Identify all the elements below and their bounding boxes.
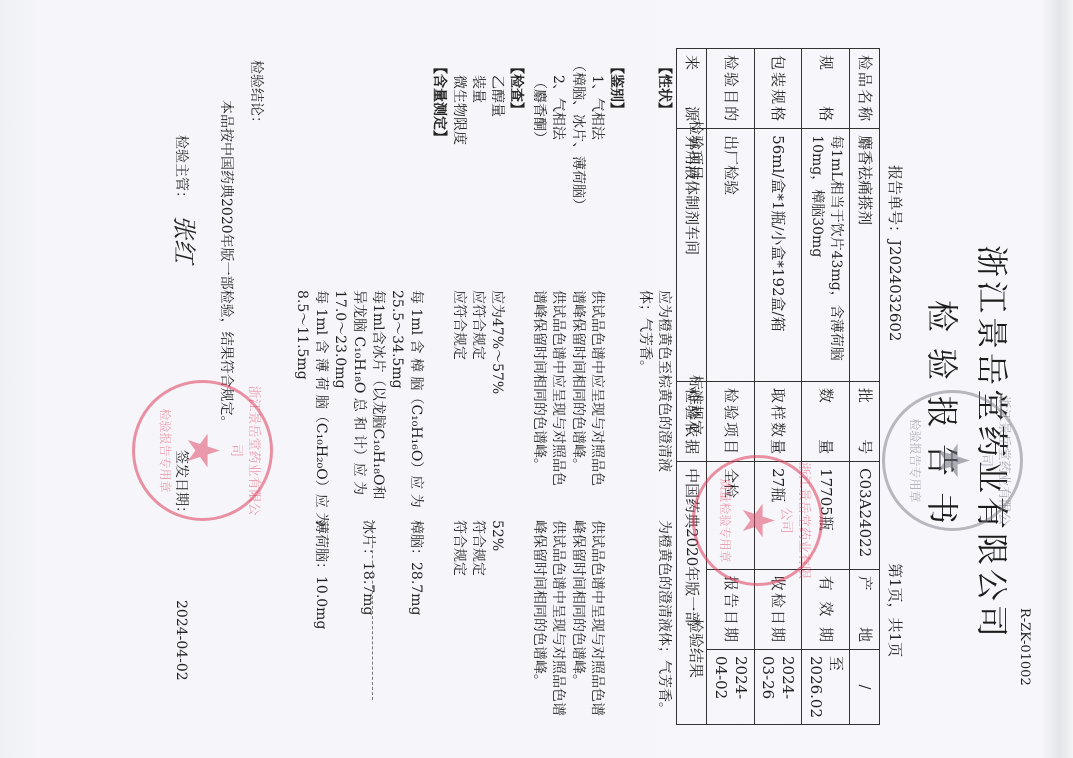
section-check-heading: 【检查】 — [506, 60, 525, 116]
check-ethanol-name: 乙醇量 — [487, 75, 506, 117]
cell-label: 规格 — [802, 49, 850, 129]
page-info: 第1页，共1页 — [885, 563, 905, 657]
traits-standard-line1: 应为橙黄色至棕黄色的澄清液 — [654, 290, 673, 472]
cell-specification: 每1mL相当于饮片43mg，含薄荷脑10mg，樟脑30mg — [802, 129, 850, 382]
cell-receive-date: 2024-03-26 — [755, 649, 803, 724]
check-fill-result: 符合规定 — [468, 520, 487, 576]
table-row: 规格 每1mL相当于饮片43mg，含薄荷脑10mg，樟脑30mg 数量 1770… — [802, 49, 850, 725]
dashed-divider — [372, 520, 373, 700]
assay-standard-3: 每1ml含冰片（以龙脑C₁₀H₁₈O和 — [368, 290, 387, 500]
cell-batch-no: C03A24022 — [850, 462, 880, 570]
cell-label: 检品名称 — [850, 49, 880, 129]
report-number-label: 报告单号： — [886, 165, 904, 240]
assay-result-borneol: 冰片：18.7mg — [358, 520, 377, 615]
cell-report-date: 2024-04-02 — [707, 649, 755, 724]
traits-standard-line2: 体；气芳香。 — [635, 290, 654, 374]
product-info-table: 检品名称 麝香祛痛搽剂 批号 C03A24022 产地 / 规格 每1mL相当于… — [677, 48, 881, 725]
table-row: 检品名称 麝香祛痛搽剂 批号 C03A24022 产地 / — [850, 49, 880, 725]
cell-origin: / — [850, 649, 880, 724]
inspection-report-page: R-ZK-01002 浙江景岳堂药业有限公司 检验报告书 报告单号：J20240… — [0, 0, 1073, 758]
star-icon: ★ — [181, 431, 225, 470]
assay-standard-6: 每 1ml 含 薄 荷 脑（C₁₀H₂₀O）应 为 — [311, 290, 330, 526]
column-header-standard: 标准规定 — [686, 375, 706, 435]
supervisor-label: 检验主管： — [171, 135, 190, 205]
traits-result: 为橙黄色的澄清液体；气芳香。 — [654, 520, 673, 716]
assay-standard-4: 异龙脑 C₁₀H₁₈O 总 和 计）应 为 — [349, 290, 368, 495]
identify-2-result-1: 供试品色谱中呈现与对照品色谱 — [548, 520, 567, 716]
red-stamp-main: 浙江景岳堂药业有限公司 ★ 检验报告专用章 — [132, 380, 273, 521]
section-assay-heading: 【含量测定】 — [429, 60, 448, 144]
identify-1-standard-2: 谱峰保留时间相同的色谱峰。 — [568, 290, 587, 472]
section-traits-heading: 【性状】 — [654, 60, 673, 116]
table-row: 包装规格 56ml/盒*1瓶/小盒*192盒/箱 取样数量 27瓶 收检日期 2… — [755, 49, 803, 725]
assay-standard-1: 每 1ml 含 樟 脑（C₁₀H₁₆O）应 为 — [406, 290, 425, 508]
table-row: 检验目的 出厂检验 检验项目 全检 报告日期 2024-04-02 — [707, 49, 755, 725]
supervisor-signature: 张红 — [168, 215, 200, 263]
identify-1-result-1: 供试品色谱中呈现与对照品色谱 — [587, 520, 606, 716]
check-ethanol-result: 52% — [487, 520, 506, 551]
identify-1-name: 1、气相法 — [587, 75, 606, 140]
check-fill-name: 装量 — [468, 75, 487, 103]
column-header-item: 检验项目 — [686, 120, 706, 180]
identify-2-standard-2: 谱峰保留时间相同的色谱峰。 — [529, 290, 548, 472]
report-number: 报告单号：J2024032602 — [885, 165, 905, 341]
identify-2-result-2: 峰保留时间相同的色谱峰。 — [529, 520, 548, 688]
cell-label: 取样数量 — [755, 381, 803, 461]
cell-label: 检验目的 — [707, 49, 755, 129]
cell-label: 产地 — [850, 569, 880, 649]
red-stamp-inner-text: 检验报告专用章 — [157, 383, 173, 518]
red-stamp-inner-text: 质量检验专用章 — [717, 458, 733, 583]
cell-label: 包装规格 — [755, 49, 803, 129]
conclusion-text: 本品按中国药典2020年版一部检验，结果符合规定。 — [216, 100, 235, 430]
cell-label: 批号 — [850, 381, 880, 461]
star-icon: ★ — [931, 441, 975, 480]
check-microbial-name: 微生物限度 — [449, 75, 468, 145]
issue-date: 2024-04-02 — [171, 600, 190, 681]
check-microbial-result: 符合规定 — [449, 520, 468, 576]
identify-2-standard-1: 供试品色谱中应呈现与对照品色 — [548, 290, 567, 486]
check-microbial-standard: 应符合规定 — [449, 290, 468, 360]
identify-1-result-2: 峰保留时间相同的色谱峰。 — [568, 520, 587, 688]
cell-packaging: 56ml/盒*1瓶/小盒*192盒/箱 — [755, 129, 803, 382]
red-stamp-table: 浙江景岳堂药业有限公司 ★ 质量检验专用章 — [692, 455, 823, 586]
check-ethanol-standard: 应为47%～57% — [487, 290, 506, 394]
cell-label: 数量 — [802, 381, 850, 461]
cell-label: 检验项目 — [707, 381, 755, 461]
red-stamp-ring-text: 浙江景岳堂药业有限公司 — [227, 383, 262, 518]
identify-1-standard-1: 供试品色谱中应呈现与对照品色 — [587, 290, 606, 486]
assay-standard-5: 17.0～23.0mg — [330, 290, 349, 389]
cell-purpose: 出厂检验 — [707, 129, 755, 382]
grey-stamp: 浙江景岳堂药业有限公司 ★ 检验报告专用章 — [882, 390, 1023, 531]
check-fill-standard: 应符合规定 — [468, 290, 487, 360]
identify-2-sub: （麝香酮） — [529, 75, 548, 145]
assay-result-camphor: 樟脑：28.7mg — [406, 520, 425, 615]
grey-stamp-inner-text: 检验报告专用章 — [907, 393, 923, 528]
cell-product-name: 麝香祛痛搽剂 — [850, 129, 880, 382]
assay-standard-2: 25.5～34.5mg — [387, 290, 406, 389]
report-number-value: J2024032602 — [886, 240, 904, 341]
grey-stamp-ring-text: 浙江景岳堂药业有限公司 — [977, 393, 1012, 528]
section-identify-heading: 【鉴别】 — [606, 60, 625, 116]
assay-result-menthol: 薄荷脑：10.0mg — [311, 520, 330, 629]
red-stamp-ring-text: 浙江景岳堂药业有限公司 — [777, 458, 812, 583]
identify-1-sub: （樟脑、冰片、薄荷脑） — [568, 58, 587, 212]
cell-label: 来源 — [677, 49, 707, 129]
identify-2-name: 2、气相法 — [548, 75, 567, 140]
cell-expiry: 至2026.02 — [802, 649, 850, 724]
column-header-result: 检验结果 — [686, 618, 706, 678]
conclusion-label: 检验结论： — [246, 60, 265, 130]
form-code: R-ZK-01002 — [1015, 608, 1033, 686]
star-icon: ★ — [736, 501, 780, 540]
assay-standard-7: 8.5～11.5mg — [292, 290, 311, 380]
